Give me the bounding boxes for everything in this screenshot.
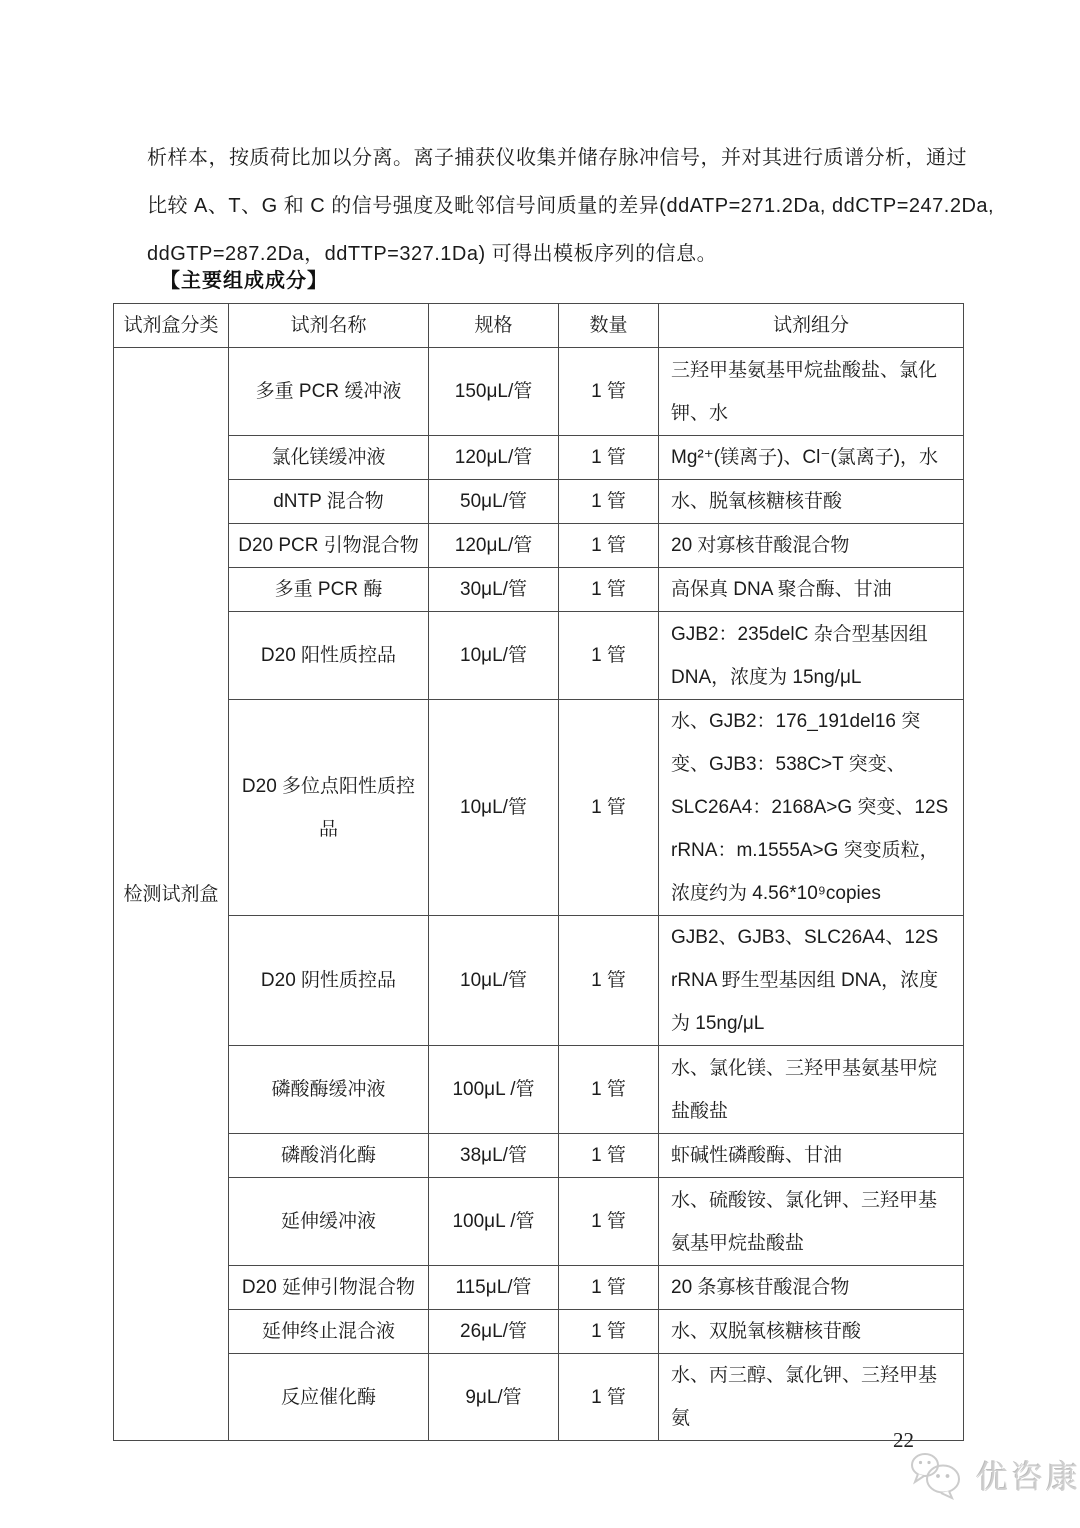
cell-reagent-name: 磷酸酶缓冲液 — [229, 1046, 429, 1134]
table-row: dNTP 混合物 50μL/管 1 管 水、脱氧核糖核苷酸 — [114, 480, 964, 524]
cell-spec: 100μL /管 — [429, 1178, 559, 1266]
cell-composition: 虾碱性磷酸酶、甘油 — [659, 1134, 964, 1178]
cell-qty: 1 管 — [559, 568, 659, 612]
cell-qty: 1 管 — [559, 1310, 659, 1354]
cell-qty: 1 管 — [559, 1178, 659, 1266]
table-row: 多重 PCR 酶 30μL/管 1 管 高保真 DNA 聚合酶、甘油 — [114, 568, 964, 612]
cell-kit-category: 检测试剂盒 — [114, 348, 229, 1441]
cell-spec: 26μL/管 — [429, 1310, 559, 1354]
cell-spec: 50μL/管 — [429, 480, 559, 524]
cell-reagent-name: 反应催化酶 — [229, 1354, 429, 1441]
cell-spec: 10μL/管 — [429, 916, 559, 1046]
cell-spec: 10μL/管 — [429, 700, 559, 916]
cell-qty: 1 管 — [559, 1266, 659, 1310]
table-row: 检测试剂盒 多重 PCR 缓冲液 150μL/管 1 管 三羟甲基氨基甲烷盐酸盐… — [114, 348, 964, 436]
cell-reagent-name: D20 阴性质控品 — [229, 916, 429, 1046]
column-header-composition: 试剂组分 — [659, 304, 964, 348]
cell-reagent-name: 多重 PCR 缓冲液 — [229, 348, 429, 436]
intro-paragraph: 析样本，按质荷比加以分离。离子捕获仪收集并储存脉冲信号，并对其进行质谱分析，通过… — [147, 134, 987, 278]
cell-composition: 水、氯化镁、三羟甲基氨基甲烷盐酸盐 — [659, 1046, 964, 1134]
cell-qty: 1 管 — [559, 436, 659, 480]
cell-qty: 1 管 — [559, 348, 659, 436]
table-row: D20 阳性质控品 10μL/管 1 管 GJB2：235delC 杂合型基因组… — [114, 612, 964, 700]
cell-spec: 30μL/管 — [429, 568, 559, 612]
cell-composition: 水、GJB2：176_191del16 突变、GJB3：538C>T 突变、SL… — [659, 700, 964, 916]
cell-spec: 38μL/管 — [429, 1134, 559, 1178]
cell-reagent-name: 多重 PCR 酶 — [229, 568, 429, 612]
section-heading: 【主要组成成分】 — [160, 264, 328, 293]
intro-line: 析样本，按质荷比加以分离。离子捕获仪收集并储存脉冲信号，并对其进行质谱分析，通过 — [147, 134, 987, 182]
cell-composition: 水、双脱氧核糖核苷酸 — [659, 1310, 964, 1354]
table-row: D20 延伸引物混合物 115μL/管 1 管 20 条寡核苷酸混合物 — [114, 1266, 964, 1310]
cell-qty: 1 管 — [559, 916, 659, 1046]
cell-reagent-name: D20 延伸引物混合物 — [229, 1266, 429, 1310]
cell-spec: 120μL/管 — [429, 436, 559, 480]
table-header-row: 试剂盒分类 试剂名称 规格 数量 试剂组分 — [114, 304, 964, 348]
cell-spec: 115μL/管 — [429, 1266, 559, 1310]
table-row: D20 阴性质控品 10μL/管 1 管 GJB2、GJB3、SLC26A4、1… — [114, 916, 964, 1046]
cell-composition: 高保真 DNA 聚合酶、甘油 — [659, 568, 964, 612]
cell-qty: 1 管 — [559, 1046, 659, 1134]
cell-composition: Mg²⁺(镁离子)、Cl⁻(氯离子)，水 — [659, 436, 964, 480]
intro-line: 比较 A、T、G 和 C 的信号强度及毗邻信号间质量的差异(ddATP=271.… — [147, 182, 987, 230]
table-row: 磷酸消化酶 38μL/管 1 管 虾碱性磷酸酶、甘油 — [114, 1134, 964, 1178]
table-row: 氯化镁缓冲液 120μL/管 1 管 Mg²⁺(镁离子)、Cl⁻(氯离子)，水 — [114, 436, 964, 480]
cell-spec: 120μL/管 — [429, 524, 559, 568]
cell-qty: 1 管 — [559, 524, 659, 568]
cell-spec: 10μL/管 — [429, 612, 559, 700]
cell-qty: 1 管 — [559, 700, 659, 916]
column-header-spec: 规格 — [429, 304, 559, 348]
table-row: D20 多位点阳性质控品 10μL/管 1 管 水、GJB2：176_191de… — [114, 700, 964, 916]
cell-composition: 20 条寡核苷酸混合物 — [659, 1266, 964, 1310]
column-header-category: 试剂盒分类 — [114, 304, 229, 348]
cell-qty: 1 管 — [559, 1354, 659, 1441]
table-row: 磷酸酶缓冲液 100μL /管 1 管 水、氯化镁、三羟甲基氨基甲烷盐酸盐 — [114, 1046, 964, 1134]
cell-composition: GJB2：235delC 杂合型基因组 DNA，浓度为 15ng/μL — [659, 612, 964, 700]
column-header-qty: 数量 — [559, 304, 659, 348]
wechat-logo-icon — [908, 1450, 966, 1500]
cell-reagent-name: 延伸缓冲液 — [229, 1178, 429, 1266]
cell-qty: 1 管 — [559, 612, 659, 700]
cell-reagent-name: D20 阳性质控品 — [229, 612, 429, 700]
cell-composition: 三羟甲基氨基甲烷盐酸盐、氯化钾、水 — [659, 348, 964, 436]
cell-composition: 水、硫酸铵、氯化钾、三羟甲基氨基甲烷盐酸盐 — [659, 1178, 964, 1266]
cell-composition: 20 对寡核苷酸混合物 — [659, 524, 964, 568]
cell-spec: 9μL/管 — [429, 1354, 559, 1441]
cell-qty: 1 管 — [559, 1134, 659, 1178]
cell-reagent-name: 氯化镁缓冲液 — [229, 436, 429, 480]
cell-composition: GJB2、GJB3、SLC26A4、12S rRNA 野生型基因组 DNA，浓度… — [659, 916, 964, 1046]
watermark: 优咨康 — [908, 1450, 1080, 1500]
cell-reagent-name: 磷酸消化酶 — [229, 1134, 429, 1178]
table-row: 延伸缓冲液 100μL /管 1 管 水、硫酸铵、氯化钾、三羟甲基氨基甲烷盐酸盐 — [114, 1178, 964, 1266]
document-page: 析样本，按质荷比加以分离。离子捕获仪收集并储存脉冲信号，并对其进行质谱分析，通过… — [0, 0, 1080, 1528]
table-row: 反应催化酶 9μL/管 1 管 水、丙三醇、氯化钾、三羟甲基氨 — [114, 1354, 964, 1441]
cell-reagent-name: D20 多位点阳性质控品 — [229, 700, 429, 916]
cell-composition: 水、丙三醇、氯化钾、三羟甲基氨 — [659, 1354, 964, 1441]
cell-reagent-name: dNTP 混合物 — [229, 480, 429, 524]
table-row: D20 PCR 引物混合物 120μL/管 1 管 20 对寡核苷酸混合物 — [114, 524, 964, 568]
cell-qty: 1 管 — [559, 480, 659, 524]
reagent-components-table: 试剂盒分类 试剂名称 规格 数量 试剂组分 检测试剂盒 多重 PCR 缓冲液 1… — [113, 303, 964, 1441]
cell-spec: 150μL/管 — [429, 348, 559, 436]
column-header-name: 试剂名称 — [229, 304, 429, 348]
cell-spec: 100μL /管 — [429, 1046, 559, 1134]
cell-reagent-name: 延伸终止混合液 — [229, 1310, 429, 1354]
cell-composition: 水、脱氧核糖核苷酸 — [659, 480, 964, 524]
table-row: 延伸终止混合液 26μL/管 1 管 水、双脱氧核糖核苷酸 — [114, 1310, 964, 1354]
cell-reagent-name: D20 PCR 引物混合物 — [229, 524, 429, 568]
watermark-text: 优咨康 — [976, 1452, 1080, 1498]
